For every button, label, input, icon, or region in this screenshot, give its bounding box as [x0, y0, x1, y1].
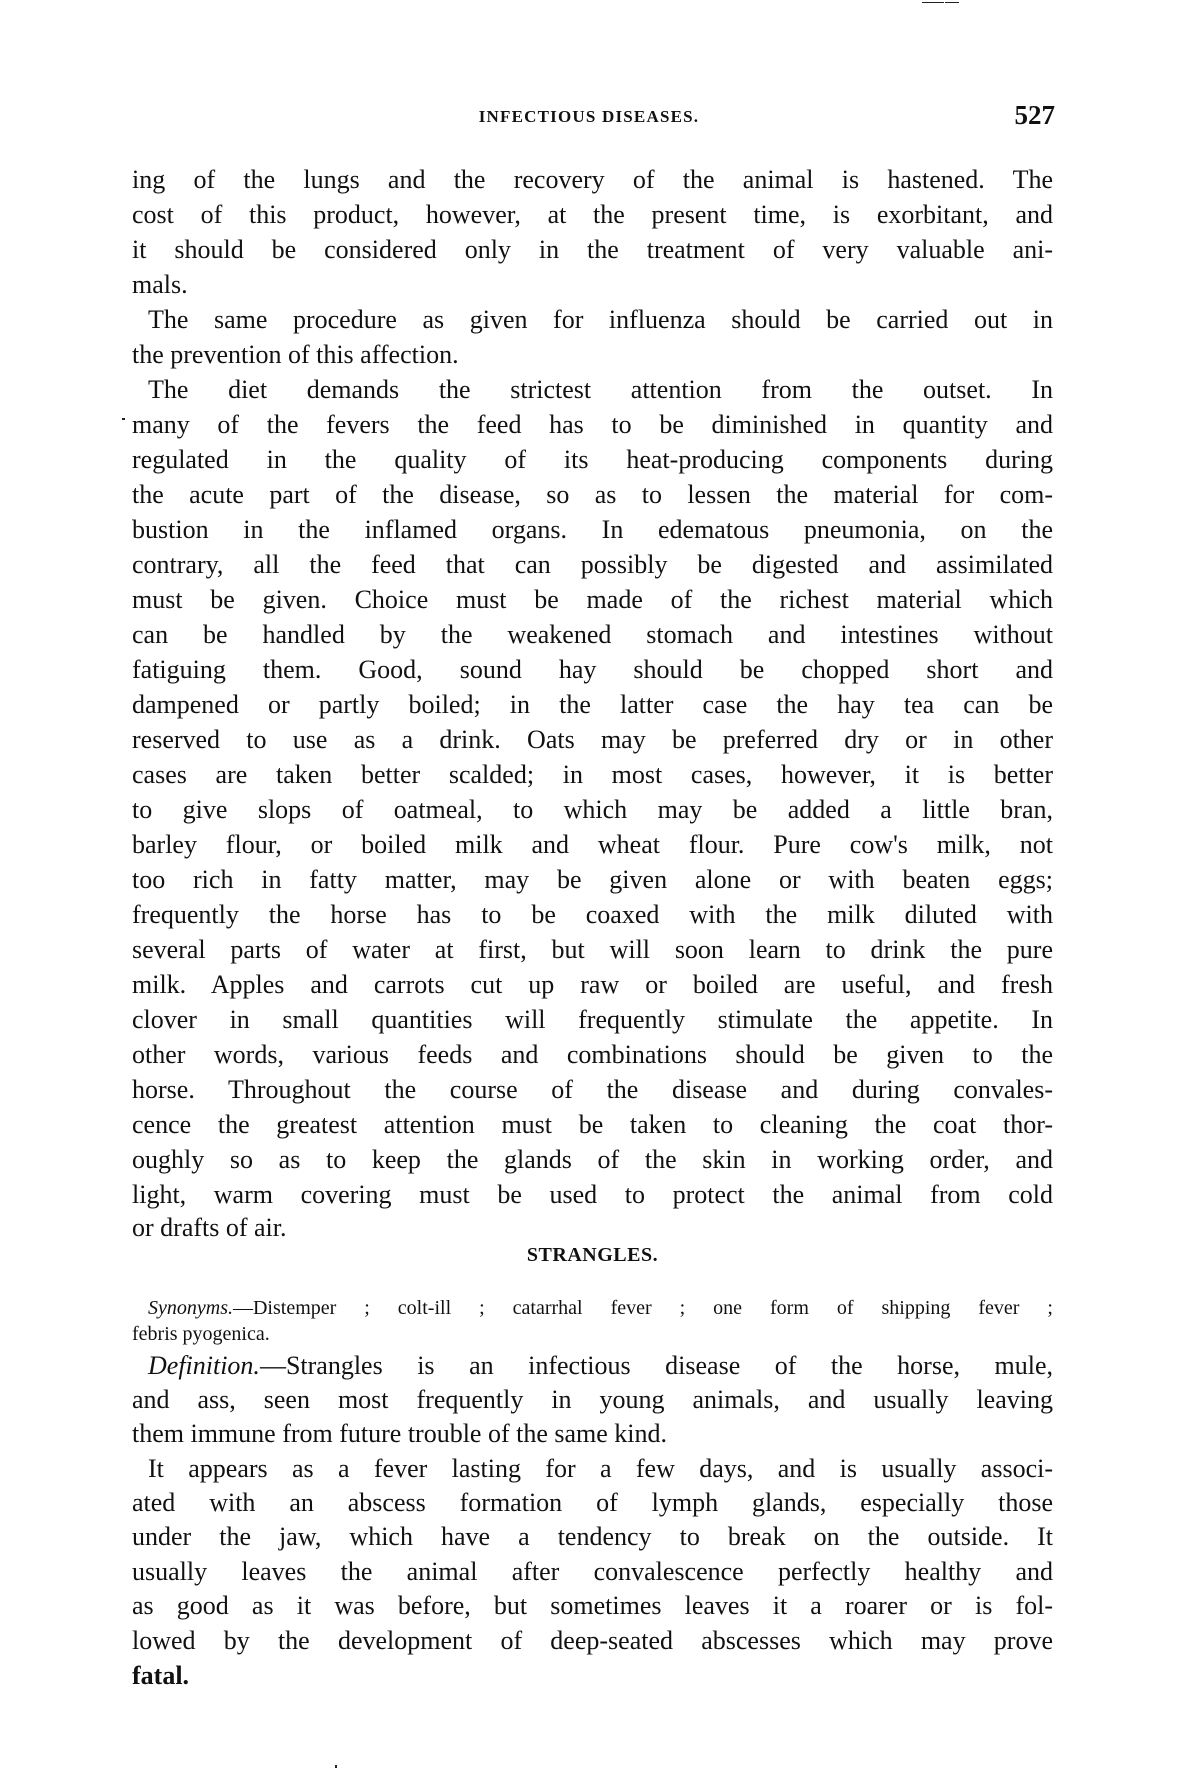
text-line: The same procedure as given for influenz…	[148, 302, 1053, 337]
text-line: barley flour, or boiled milk and wheat f…	[132, 827, 1053, 862]
text-line: several parts of water at first, but wil…	[132, 932, 1053, 967]
text-line: to give slops of oatmeal, to which may b…	[132, 792, 1053, 827]
text-line: contrary, all the feed that can possibly…	[132, 547, 1053, 582]
definition-text: —Strangles is an infectious disease of t…	[260, 1351, 1053, 1380]
text-line: horse. Throughout the course of the dise…	[132, 1072, 1053, 1107]
text-line: or drafts of air.	[132, 1210, 1053, 1245]
text-line: regulated in the quality of its heat-pro…	[132, 442, 1053, 477]
text-line: It appears as a fever lasting for a few …	[148, 1451, 1053, 1486]
text-line: ated with an abscess formation of lymph …	[132, 1485, 1053, 1520]
page-number: 527	[1003, 98, 1055, 132]
text-line: ing of the lungs and the recovery of the…	[132, 162, 1053, 197]
text-line: The diet demands the strictest attention…	[148, 372, 1053, 407]
synonyms-label: Synonyms.	[148, 1297, 233, 1319]
text-line: bustion in the inflamed organs. In edema…	[132, 512, 1053, 547]
synonyms-text: —Distemper ; colt-ill ; catarrhal fever …	[233, 1297, 1053, 1319]
synonyms-line: Synonyms.—Distemper ; colt-ill ; catarrh…	[148, 1295, 1053, 1321]
text-line: mals.	[132, 267, 1053, 302]
text-line: and ass, seen most frequently in young a…	[132, 1382, 1053, 1417]
text-line: them immune from future trouble of the s…	[132, 1416, 1053, 1451]
text-line: other words, various feeds and combinati…	[132, 1037, 1053, 1072]
section-heading: STRANGLES.	[132, 1242, 1053, 1268]
text-line: too rich in fatty matter, may be given a…	[132, 862, 1053, 897]
text-line: the prevention of this affection.	[132, 337, 1053, 372]
text-line: clover in small quantities will frequent…	[132, 1002, 1053, 1037]
text-line: light, warm covering must be used to pro…	[132, 1177, 1053, 1212]
text-line: lowed by the development of deep-seated …	[132, 1623, 1053, 1658]
definition-label: Definition.	[148, 1351, 260, 1380]
text-line: cases are taken better scalded; in most …	[132, 757, 1053, 792]
synonyms-line: febris pyogenica.	[132, 1321, 1053, 1347]
text-line: many of the fevers the feed has to be di…	[132, 407, 1053, 442]
text-line: must be given. Choice must be made of th…	[132, 582, 1053, 617]
scan-artifact	[122, 418, 125, 420]
text-line: under the jaw, which have a tendency to …	[132, 1519, 1053, 1554]
text-line: cost of this product, however, at the pr…	[132, 197, 1053, 232]
text-line: fatal.	[132, 1658, 1053, 1693]
text-line: dampened or partly boiled; in the latter…	[132, 687, 1053, 722]
text-line: it should be considered only in the trea…	[132, 232, 1053, 267]
text-line: usually leaves the animal after convales…	[132, 1554, 1053, 1589]
text-line: oughly so as to keep the glands of the s…	[132, 1142, 1053, 1177]
text-line: the acute part of the disease, so as to …	[132, 477, 1053, 512]
text-line: can be handled by the weakened stomach a…	[132, 617, 1053, 652]
text-line: cence the greatest attention must be tak…	[132, 1107, 1053, 1142]
text-line: milk. Apples and carrots cut up raw or b…	[132, 967, 1053, 1002]
scan-artifact	[922, 2, 944, 3]
text-line: as good as it was before, but sometimes …	[132, 1588, 1053, 1623]
text-line: frequently the horse has to be coaxed wi…	[132, 897, 1053, 932]
text-line: fatiguing them. Good, sound hay should b…	[132, 652, 1053, 687]
book-page: INFECTIOUS DISEASES. 527 ing of the lung…	[0, 0, 1200, 1780]
scan-artifact	[335, 1765, 337, 1768]
definition-line: Definition.—Strangles is an infectious d…	[148, 1348, 1053, 1383]
scan-artifact	[945, 2, 959, 3]
running-head: INFECTIOUS DISEASES.	[443, 104, 735, 130]
text-line: reserved to use as a drink. Oats may be …	[132, 722, 1053, 757]
